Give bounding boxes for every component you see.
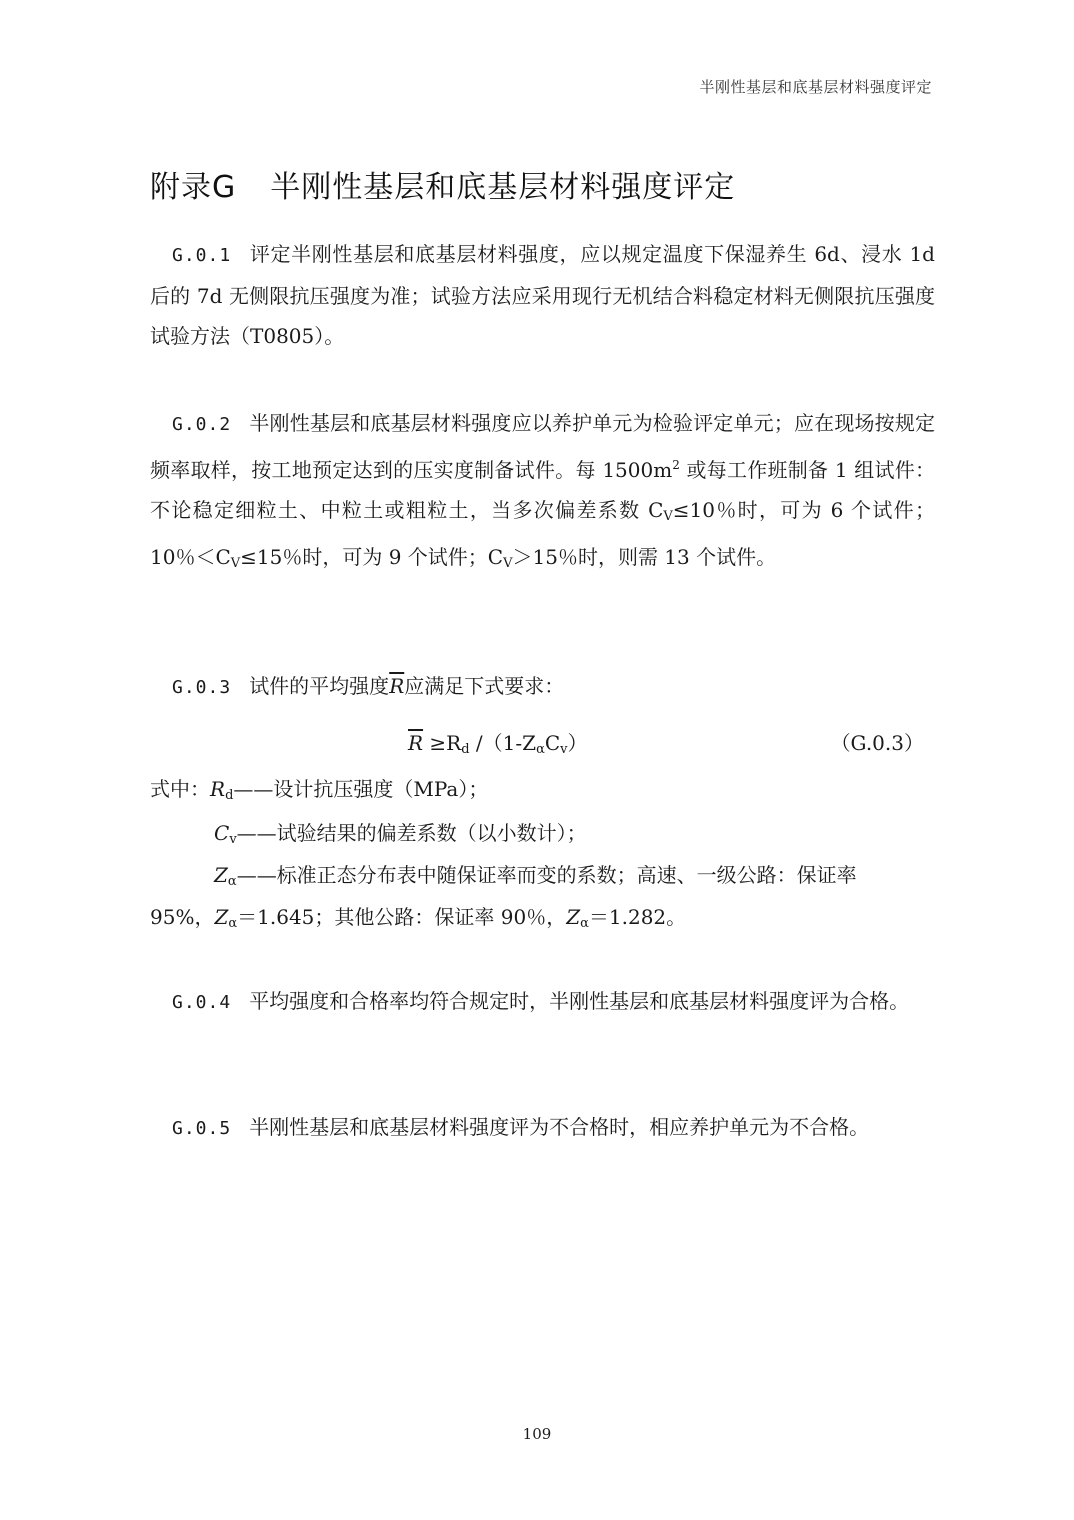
definition: ＝1.645；其他公路：保证率 90％， bbox=[237, 905, 566, 929]
subscript: d bbox=[461, 742, 469, 757]
clause-number: G.0.4 bbox=[172, 992, 231, 1013]
clause-g05: G.0.5半刚性基层和底基层材料强度评为不合格时，相应养护单元为不合格。 bbox=[150, 1107, 935, 1149]
symbol: C bbox=[214, 821, 229, 845]
clause-number: G.0.1 bbox=[172, 245, 231, 266]
definition: 95%， bbox=[150, 905, 214, 929]
formula-part: ） bbox=[568, 731, 588, 755]
symbol: R bbox=[210, 777, 225, 801]
formula-part: /（1-Z bbox=[470, 731, 536, 755]
clause-text: 平均强度和合格率均符合规定时，半刚性基层和底基层材料强度评为合格。 bbox=[249, 989, 909, 1013]
formula-part: C bbox=[545, 731, 560, 755]
formula: R ≥Rd /（1-ZαCv） bbox=[408, 727, 588, 757]
subscript: v bbox=[229, 832, 236, 847]
where-za-cont: 95%，Zα＝1.645；其他公路：保证率 90％，Zα＝1.282。 bbox=[150, 897, 686, 944]
mean-strength-symbol: R bbox=[389, 674, 404, 698]
superscript: 2 bbox=[672, 458, 680, 472]
where-cv: Cv——试验结果的偏差系数（以小数计）； bbox=[214, 813, 587, 860]
subscript: α bbox=[228, 874, 237, 889]
clause-g01: G.0.1评定半刚性基层和底基层材料强度，应以规定温度下保湿养生 6d、浸水 1… bbox=[150, 234, 935, 356]
clause-text: 半刚性基层和底基层材料强度评为不合格时，相应养护单元为不合格。 bbox=[249, 1115, 869, 1139]
clause-text: 应满足下式要求： bbox=[404, 674, 564, 698]
title-text: 半刚性基层和底基层材料强度评定 bbox=[270, 170, 735, 205]
definition: ——设计抗压强度（MPa）； bbox=[233, 777, 488, 801]
clause-number: G.0.5 bbox=[172, 1118, 231, 1139]
appendix-label: 附录G bbox=[150, 170, 236, 205]
clause-number: G.0.3 bbox=[172, 677, 231, 698]
symbol: Z bbox=[214, 863, 228, 887]
subscript: v bbox=[560, 742, 567, 757]
subscript: α bbox=[536, 742, 545, 757]
clause-text: ≤15％时，可为 9 个试件；C bbox=[240, 545, 503, 569]
subscript: α bbox=[580, 916, 589, 931]
clause-g03: G.0.3试件的平均强度R应满足下式要求： bbox=[150, 666, 935, 708]
where-lead: 式中： bbox=[150, 777, 210, 801]
page-number: 109 bbox=[0, 1425, 1074, 1443]
subscript: V bbox=[663, 509, 672, 524]
where-rd: 式中：Rd——设计抗压强度（MPa）； bbox=[150, 769, 488, 816]
subscript: α bbox=[228, 916, 237, 931]
subscript: V bbox=[503, 556, 512, 571]
where-za: Zα——标准正态分布表中随保证率而变的系数；高速、一级公路：保证率 bbox=[214, 855, 857, 902]
clause-text: 试件的平均强度 bbox=[249, 674, 389, 698]
formula-lhs: R bbox=[408, 731, 423, 755]
formula-part: ≥R bbox=[423, 731, 461, 755]
formula-number: （G.0.3） bbox=[831, 727, 924, 756]
clause-g02: G.0.2半刚性基层和底基层材料强度应以养护单元为检验评定单元；应在现场按规定频… bbox=[150, 403, 935, 584]
definition: ——试验结果的偏差系数（以小数计）； bbox=[237, 821, 587, 845]
symbol: Z bbox=[566, 905, 580, 929]
definition: ——标准正态分布表中随保证率而变的系数；高速、一级公路：保证率 bbox=[237, 863, 857, 887]
clause-g04: G.0.4平均强度和合格率均符合规定时，半刚性基层和底基层材料强度评为合格。 bbox=[150, 981, 935, 1023]
symbol: Z bbox=[214, 905, 228, 929]
page-title: 附录G半刚性基层和底基层材料强度评定 bbox=[150, 162, 735, 206]
clause-number: G.0.2 bbox=[172, 414, 231, 435]
clause-text: 评定半刚性基层和底基层材料强度，应以规定温度下保湿养生 6d、浸水 1d 后的 … bbox=[150, 242, 935, 348]
running-header: 半刚性基层和底基层材料强度评定 bbox=[699, 76, 932, 97]
subscript: V bbox=[231, 556, 240, 571]
clause-text: ＞15％时，则需 13 个试件。 bbox=[513, 545, 777, 569]
definition: ＝1.282。 bbox=[589, 905, 686, 929]
